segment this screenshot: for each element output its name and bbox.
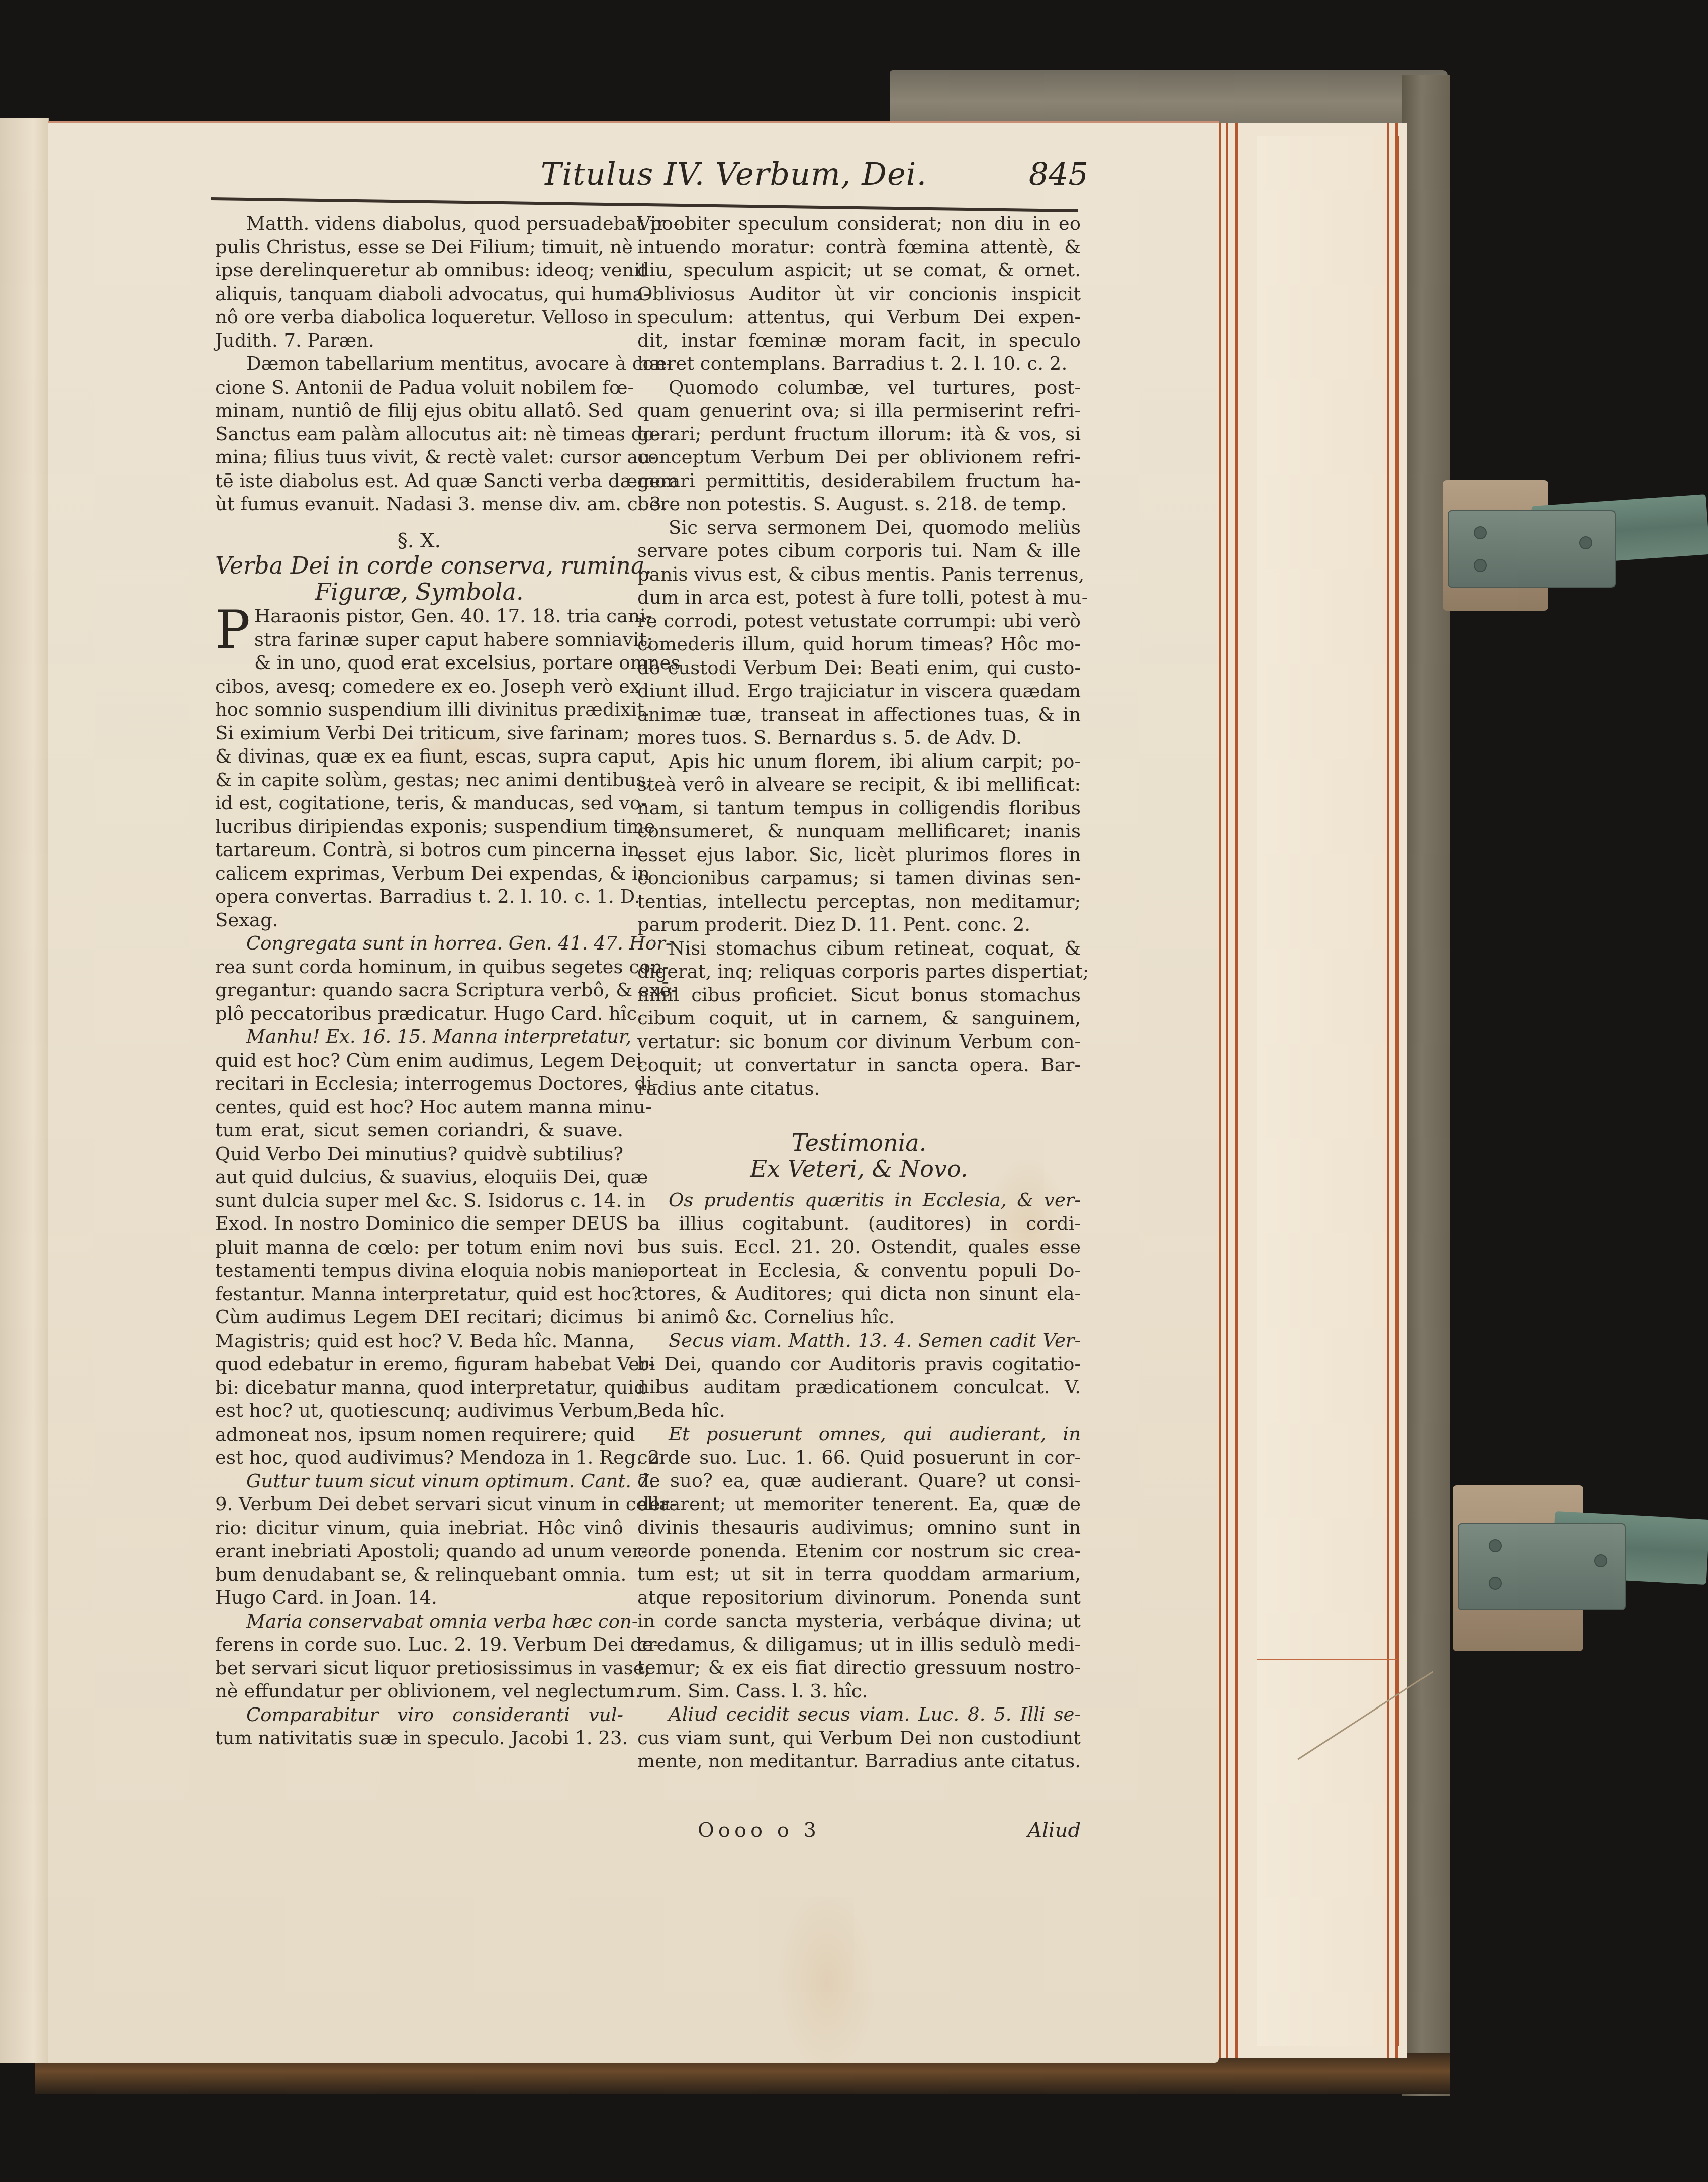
text-line: radius ante citatus. [637,1077,1081,1101]
book-cover-top-edge [890,70,1448,126]
text-line: comederis illum, quid horum timeas? Hôc … [637,633,1081,656]
text-line: rea sunt corda hominum, in quibus segete… [215,956,623,979]
text-line: Dæmon tabellarium mentitus, avocare à co… [215,352,623,376]
text-line: conceptum Verbum Dei per oblivionem refr… [637,446,1081,469]
text-line: opera convertas. Barradius t. 2. l. 10. … [215,885,623,909]
text-line: rum. Sim. Cass. l. 3. hîc. [637,1680,1081,1703]
text-line: Guttur tuum sicut vinum optimum. Cant. 7… [215,1470,623,1493]
text-line: diunt illud. Ergo trajiciatur in viscera… [637,680,1081,703]
text-line: tē iste diabolus est. Ad quæ Sancti verb… [215,469,623,493]
running-title: Titulus IV. Verbum, Dei. [483,156,985,196]
text-line: centes, quid est hoc? Hoc autem manna mi… [215,1096,623,1119]
text-line: bus suis. Eccl. 21. 20. Ostendit, quales… [637,1236,1081,1259]
rivet-icon [1579,536,1592,549]
text-line: & in capite solùm, gestas; nec animi den… [215,769,623,792]
text-line: Aliud cecidit secus viam. Luc. 8. 5. Ill… [637,1703,1081,1727]
text-line: credamus, & diligamus; ut in illis sedul… [637,1633,1081,1657]
folded-leaf [1257,136,1399,2046]
text-line: cibum coquit, ut in carnem, & sanguinem, [637,1007,1081,1030]
text-line: corde ponenda. Etenim cor nostrum sic cr… [637,1540,1081,1563]
text-line: Sexag. [215,909,623,932]
text-line: nam, si tantum tempus in colligendis flo… [637,797,1081,820]
text-line: parum proderit. Diez D. 11. Pent. conc. … [637,913,1081,937]
text-line: Nisi stomachus cibum retineat, coquat, & [637,937,1081,961]
text-line: 9. Verbum Dei debet servari sicut vinum … [215,1493,623,1516]
text-line: speculum: attentus, qui Verbum Dei expen… [637,306,1081,329]
right-column-paragraphs: Vir obiter speculum considerat; non diu … [637,212,1081,1100]
text-line: mina; filius tuus vivit, & rectè valet: … [215,446,623,469]
text-line: steà verô in alveare se recipit, & ibi m… [637,773,1081,797]
text-line: Congregata sunt in horrea. Gen. 41. 47. … [215,932,623,956]
testimonia-subheading: Ex Veteri, & Novo. [637,1156,1081,1182]
text-line: mente, non meditantur. Barradius ante ci… [637,1750,1081,1773]
text-line: Beda hîc. [637,1399,1081,1423]
text-line: dit, instar fœminæ moram facit, in specu… [637,329,1081,353]
text-line: Comparabitur viro consideranti vul- [215,1703,623,1727]
text-line: Et posuerunt omnes, qui audierant, in [637,1422,1081,1446]
page-edge-line [1226,123,1228,2058]
drop-cap: P [215,607,250,653]
text-line: bere non potestis. S. August. s. 218. de… [637,493,1081,516]
text-line: testamenti tempus divina eloquia nobis m… [215,1259,623,1283]
clasp-plate [1448,510,1616,588]
text-line: coquit; ut convertatur in sancta opera. … [637,1054,1081,1077]
text-line: corde suo. Luc. 1. 66. Quid posuerunt in… [637,1446,1081,1470]
text-line: tentias, intellectu perceptas, non medit… [637,890,1081,914]
text-line: quam genuerint ova; si illa permiserint … [637,399,1081,423]
text-line: lucribus diripiendas exponis; suspendium… [215,815,623,839]
text-line: ba illius cogitabunt. (auditores) in cor… [637,1212,1081,1236]
text-line: intuendo moratur: contrà fœmina attentè,… [637,236,1081,259]
text-line: Sanctus eam palàm allocutus ait: nè time… [215,423,623,446]
section-subtitle: Figuræ, Symbola. [215,579,623,605]
text-line: bi Dei, quando cor Auditoris pravis cogi… [637,1353,1081,1376]
text-line: gregantur: quando sacra Scriptura verbô,… [215,979,623,1002]
text-line: Manhu! Ex. 16. 15. Manna interpretatur, [215,1025,623,1049]
page-number: 845 [1008,156,1088,196]
text-line: Quid Verbo Dei minutius? quidvè subtiliu… [215,1143,623,1166]
text-line: bum denudabant se, & relinquebant omnia. [215,1563,623,1587]
text-line: admoneat nos, ipsum nomen requirere; qui… [215,1423,623,1447]
text-line: bet servari sicut liquor pretiosissimus … [215,1657,623,1680]
text-line: tum est; ut sit in terra quoddam armariu… [637,1563,1081,1586]
text-line: de suo? ea, quæ audierant. Quare? ut con… [637,1469,1081,1493]
text-line: ctores, & Auditores; qui dicta non sinun… [637,1282,1081,1306]
text-line: tartareum. Contrà, si botros cum pincern… [215,838,623,862]
text-line: gerari; perdunt fructum illorum: ità & v… [637,423,1081,446]
text-line: aliquis, tanquam diaboli advocatus, qui … [215,282,623,306]
text-line: bi animô &c. Cornelius hîc. [637,1306,1081,1330]
text-line: mores tuos. S. Bernardus s. 5. de Adv. D… [637,726,1081,750]
text-line: cibos, avesq; comedere ex eo. Joseph ver… [215,675,623,699]
text-line: dum in arca est, potest à fure tolli, po… [637,586,1081,610]
lower-clasp [1443,1485,1708,1651]
text-line: diu, speculum aspicit; ut se comat, & or… [637,259,1081,282]
folded-corner-edge [1257,1659,1397,1660]
text-line: nihil cibus proficiet. Sicut bonus stoma… [637,984,1081,1007]
text-line: pluit manna de cœlo: per totum enim novi [215,1236,623,1260]
text-line: Cùm audimus Legem DEI recitari; dicimus [215,1306,623,1330]
book-cover-fore-edge [1402,75,1450,2096]
section-mark: §. X. [215,529,623,553]
rivet-icon [1474,559,1487,572]
text-line: oporteat in Ecclesia, & conventu populi … [637,1259,1081,1283]
text-line: bi: dicebatur manna, quod interpretatur,… [215,1376,623,1400]
text-line: & divinas, quæ ex ea fiunt, escas, supra… [215,745,623,769]
rivet-icon [1489,1539,1502,1552]
text-line: derarent; ut memoriter tenerent. Ea, quæ… [637,1493,1081,1516]
text-line: ferens in corde suo. Luc. 2. 19. Verbum … [215,1633,623,1657]
text-line: concionibus carpamus; si tamen divinas s… [637,867,1081,890]
text-line: recitari in Ecclesia; interrogemus Docto… [215,1072,623,1096]
text-line: animæ tuæ, transeat in affectiones tuas,… [637,703,1081,727]
text-line: Judith. 7. Paræn. [215,329,623,353]
text-line: tum erat, sicut semen coriandri, & suave… [215,1119,623,1143]
text-line: in corde sancta mysteria, verbáque divin… [637,1609,1081,1633]
text-line: minam, nuntiô de filij ejus obitu allatô… [215,399,623,423]
text-line: digerat, inq; reliquas corporis partes d… [637,960,1081,984]
page-footer: Oooo o 3 Aliud [637,1819,1081,1849]
text-line: ùt fumus evanuit. Nadasi 3. mense div. a… [215,493,623,516]
text-line: esset ejus labor. Sic, licèt plurimos fl… [637,843,1081,867]
text-line: Magistris; quid est hoc? V. Beda hîc. Ma… [215,1330,623,1353]
text-line: temur; & ex eis fiat directio gressuum n… [637,1656,1081,1680]
text-line: atque repositorium divinorum. Ponenda su… [637,1586,1081,1610]
text-line: aut quid dulcius, & suavius, eloquiis De… [215,1166,623,1189]
text-line: Haraonis pistor, Gen. 40. 17. 18. tria c… [215,605,623,628]
text-line: hoc somnio suspendium illi divinitus præ… [215,698,623,722]
text-line: consumeret, & nunquam mellificaret; inan… [637,820,1081,843]
text-line: vertatur: sic bonum cor divinum Verbum c… [637,1030,1081,1054]
text-line: nô ore verba diabolica loqueretur. Vello… [215,306,623,329]
right-column-testimonia: Os prudentis quæritis in Ecclesia, & ver… [637,1189,1081,1773]
rivet-icon [1474,526,1487,539]
rivet-icon [1594,1554,1607,1567]
text-line: pulis Christus, esse se Dei Filium; timu… [215,236,623,259]
text-line: nè effundatur per oblivionem, vel neglec… [215,1680,623,1703]
text-line: plô peccatoribus prædicatur. Hugo Card. … [215,1002,623,1026]
signature-mark: Oooo o 3 [698,1819,820,1842]
text-line: quod edebatur in eremo, figuram habebat … [215,1353,623,1376]
text-line: sunt dulcia super mel &c. S. Isidorus c.… [215,1189,623,1213]
text-line: nibus auditam prædicationem conculcat. V… [637,1376,1081,1399]
text-line: dô custodi Verbum Dei: Beati enim, qui c… [637,656,1081,680]
left-column-body: Haraonis pistor, Gen. 40. 17. 18. tria c… [215,605,623,1750]
testimonia-heading: Testimonia. [637,1129,1081,1156]
text-line: tum nativitatis suæ in speculo. Jacobi 1… [215,1727,623,1750]
left-column: Matth. videns diabolus, quod persuadebat… [215,212,623,1750]
catchword: Aliud [1027,1819,1081,1842]
page-edge-line [1235,123,1238,2058]
text-line: Obliviosus Auditor ùt vir concionis insp… [637,282,1081,306]
text-line: hæret contemplans. Barradius t. 2. l. 10… [637,352,1081,376]
text-line: Vir obiter speculum considerat; non diu … [637,212,1081,236]
rivet-icon [1489,1577,1502,1590]
text-line: Hugo Card. in Joan. 14. [215,1586,623,1610]
section-title: Verba Dei in corde conserva, rumina. [215,552,623,579]
section-body: P Haraonis pistor, Gen. 40. 17. 18. tria… [215,605,623,1750]
text-line: erant inebriati Apostoli; quando ad unum… [215,1540,623,1563]
text-line: ipse derelinqueretur ab omnibus: ideoq; … [215,259,623,282]
text-line: cus viam sunt, qui Verbum Dei non custod… [637,1727,1081,1750]
text-line: Matth. videns diabolus, quod persuadebat… [215,212,623,236]
page-edge-line [1387,123,1389,2058]
text-line: Maria conservabat omnia verba hæc con- [215,1610,623,1634]
text-line: re corrodi, potest vetustate corrumpi: u… [637,610,1081,633]
text-line: Si eximium Verbi Dei triticum, sive fari… [215,722,623,745]
text-line: est hoc, quod audivimus? Mendoza in 1. R… [215,1446,623,1470]
right-column: Vir obiter speculum considerat; non diu … [637,212,1081,1773]
text-line: festantur. Manna interpretatur, quid est… [215,1283,623,1306]
previous-page-edge [0,118,49,2063]
text-line: Os prudentis quæritis in Ecclesia, & ver… [637,1189,1081,1212]
left-column-paragraphs: Matth. videns diabolus, quod persuadebat… [215,212,623,516]
text-line: id est, cogitatione, teris, & manducas, … [215,792,623,815]
clasp-plate [1458,1523,1626,1610]
text-line: & in uno, quod erat excelsius, portare o… [215,651,623,675]
text-line: Exod. In nostro Dominico die semper DEUS [215,1212,623,1236]
text-line: cione S. Antonii de Padua voluit nobilem… [215,376,623,400]
text-line: quid est hoc? Cùm enim audimus, Legem De… [215,1049,623,1073]
text-line: panis vivus est, & cibus mentis. Panis t… [637,563,1081,587]
text-line: stra farinæ super caput habere somniavit… [215,628,623,652]
text-line: est hoc? ut, quotiescunq; audivimus Verb… [215,1399,623,1423]
text-line: Sic serva sermonem Dei, quomodo meliùs [637,516,1081,540]
text-line: calicem exprimas, Verbum Dei expendas, &… [215,862,623,886]
text-line: Quomodo columbæ, vel turtures, post- [637,376,1081,400]
text-line: rio: dicitur vinum, quia inebriat. Hôc v… [215,1516,623,1540]
text-line: gerari permittitis, desiderabilem fructu… [637,469,1081,493]
page-edge-line [1395,123,1398,2058]
text-line: Secus viam. Matth. 13. 4. Semen cadit Ve… [637,1329,1081,1353]
upper-clasp [1443,480,1708,611]
text-line: divinis thesauris audivimus; omnino sunt… [637,1516,1081,1540]
text-line: Apis hic unum florem, ibi alium carpit; … [637,750,1081,774]
text-line: servare potes cibum corporis tui. Nam & … [637,539,1081,563]
